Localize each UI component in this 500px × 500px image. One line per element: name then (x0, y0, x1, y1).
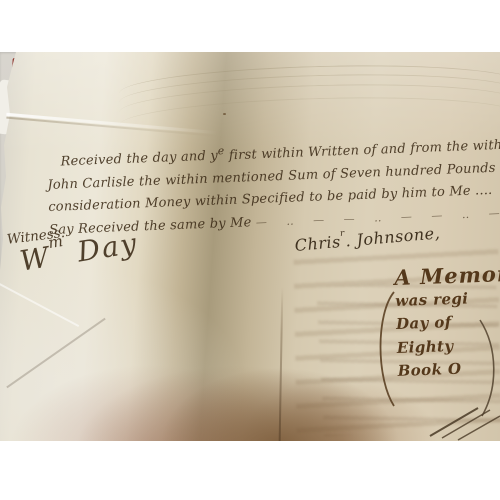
screenshot: Received the day and ye first within Wri… (0, 0, 500, 500)
memorandum-brace (374, 290, 396, 408)
right-flourish-curve (476, 318, 500, 418)
letterbox-bottom (0, 441, 500, 500)
document-photo: Received the day and ye first within Wri… (0, 52, 500, 441)
signature-flourish (428, 404, 500, 441)
letterbox-top (0, 0, 500, 52)
memorandum-line-1: A Memor (394, 260, 500, 289)
ink-speck (223, 113, 226, 115)
